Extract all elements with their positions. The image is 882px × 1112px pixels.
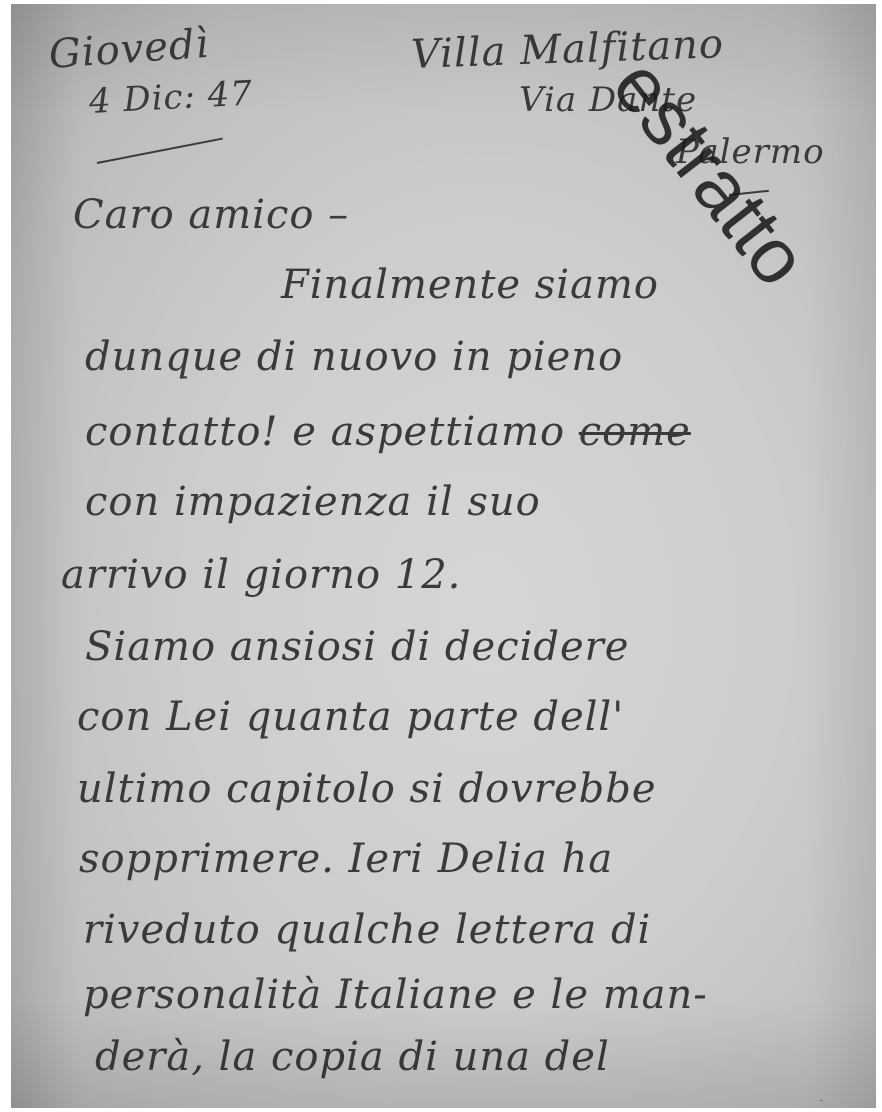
- body-line: con impazienza il suo: [85, 479, 541, 525]
- body-line-text: contatto! e aspettiamo: [85, 409, 565, 455]
- body-line: contatto! e aspettiamo come: [85, 409, 691, 455]
- body-line: ultimo capitolo si dovrebbe: [77, 766, 657, 812]
- body-line: derà, la copia di una del: [95, 1034, 610, 1080]
- body-line: riveduto qualche lettera di: [83, 907, 651, 953]
- date-weekday: Giovedì: [47, 21, 210, 78]
- date-underline: [97, 138, 223, 164]
- date-line: 4 Dic: 47: [88, 73, 254, 122]
- body-line: dunque di nuovo in pieno: [85, 334, 623, 380]
- paper-mark: ˜: [819, 1100, 824, 1108]
- salutation: Caro amico –: [73, 192, 349, 238]
- body-line: arrivo il giorno 12.: [61, 552, 461, 598]
- body-line: Siamo ansiosi di decidere: [85, 624, 629, 670]
- body-line: con Lei quanta parte dell': [77, 694, 624, 740]
- body-line: personalità Italiane e le man-: [83, 972, 708, 1018]
- body-line: sopprimere. Ieri Delia ha: [79, 836, 613, 882]
- struck-word: come: [579, 409, 691, 455]
- body-line: Finalmente siamo: [281, 262, 659, 308]
- letter-page: Giovedì 4 Dic: 47 Villa Malfitano Via Da…: [11, 4, 876, 1108]
